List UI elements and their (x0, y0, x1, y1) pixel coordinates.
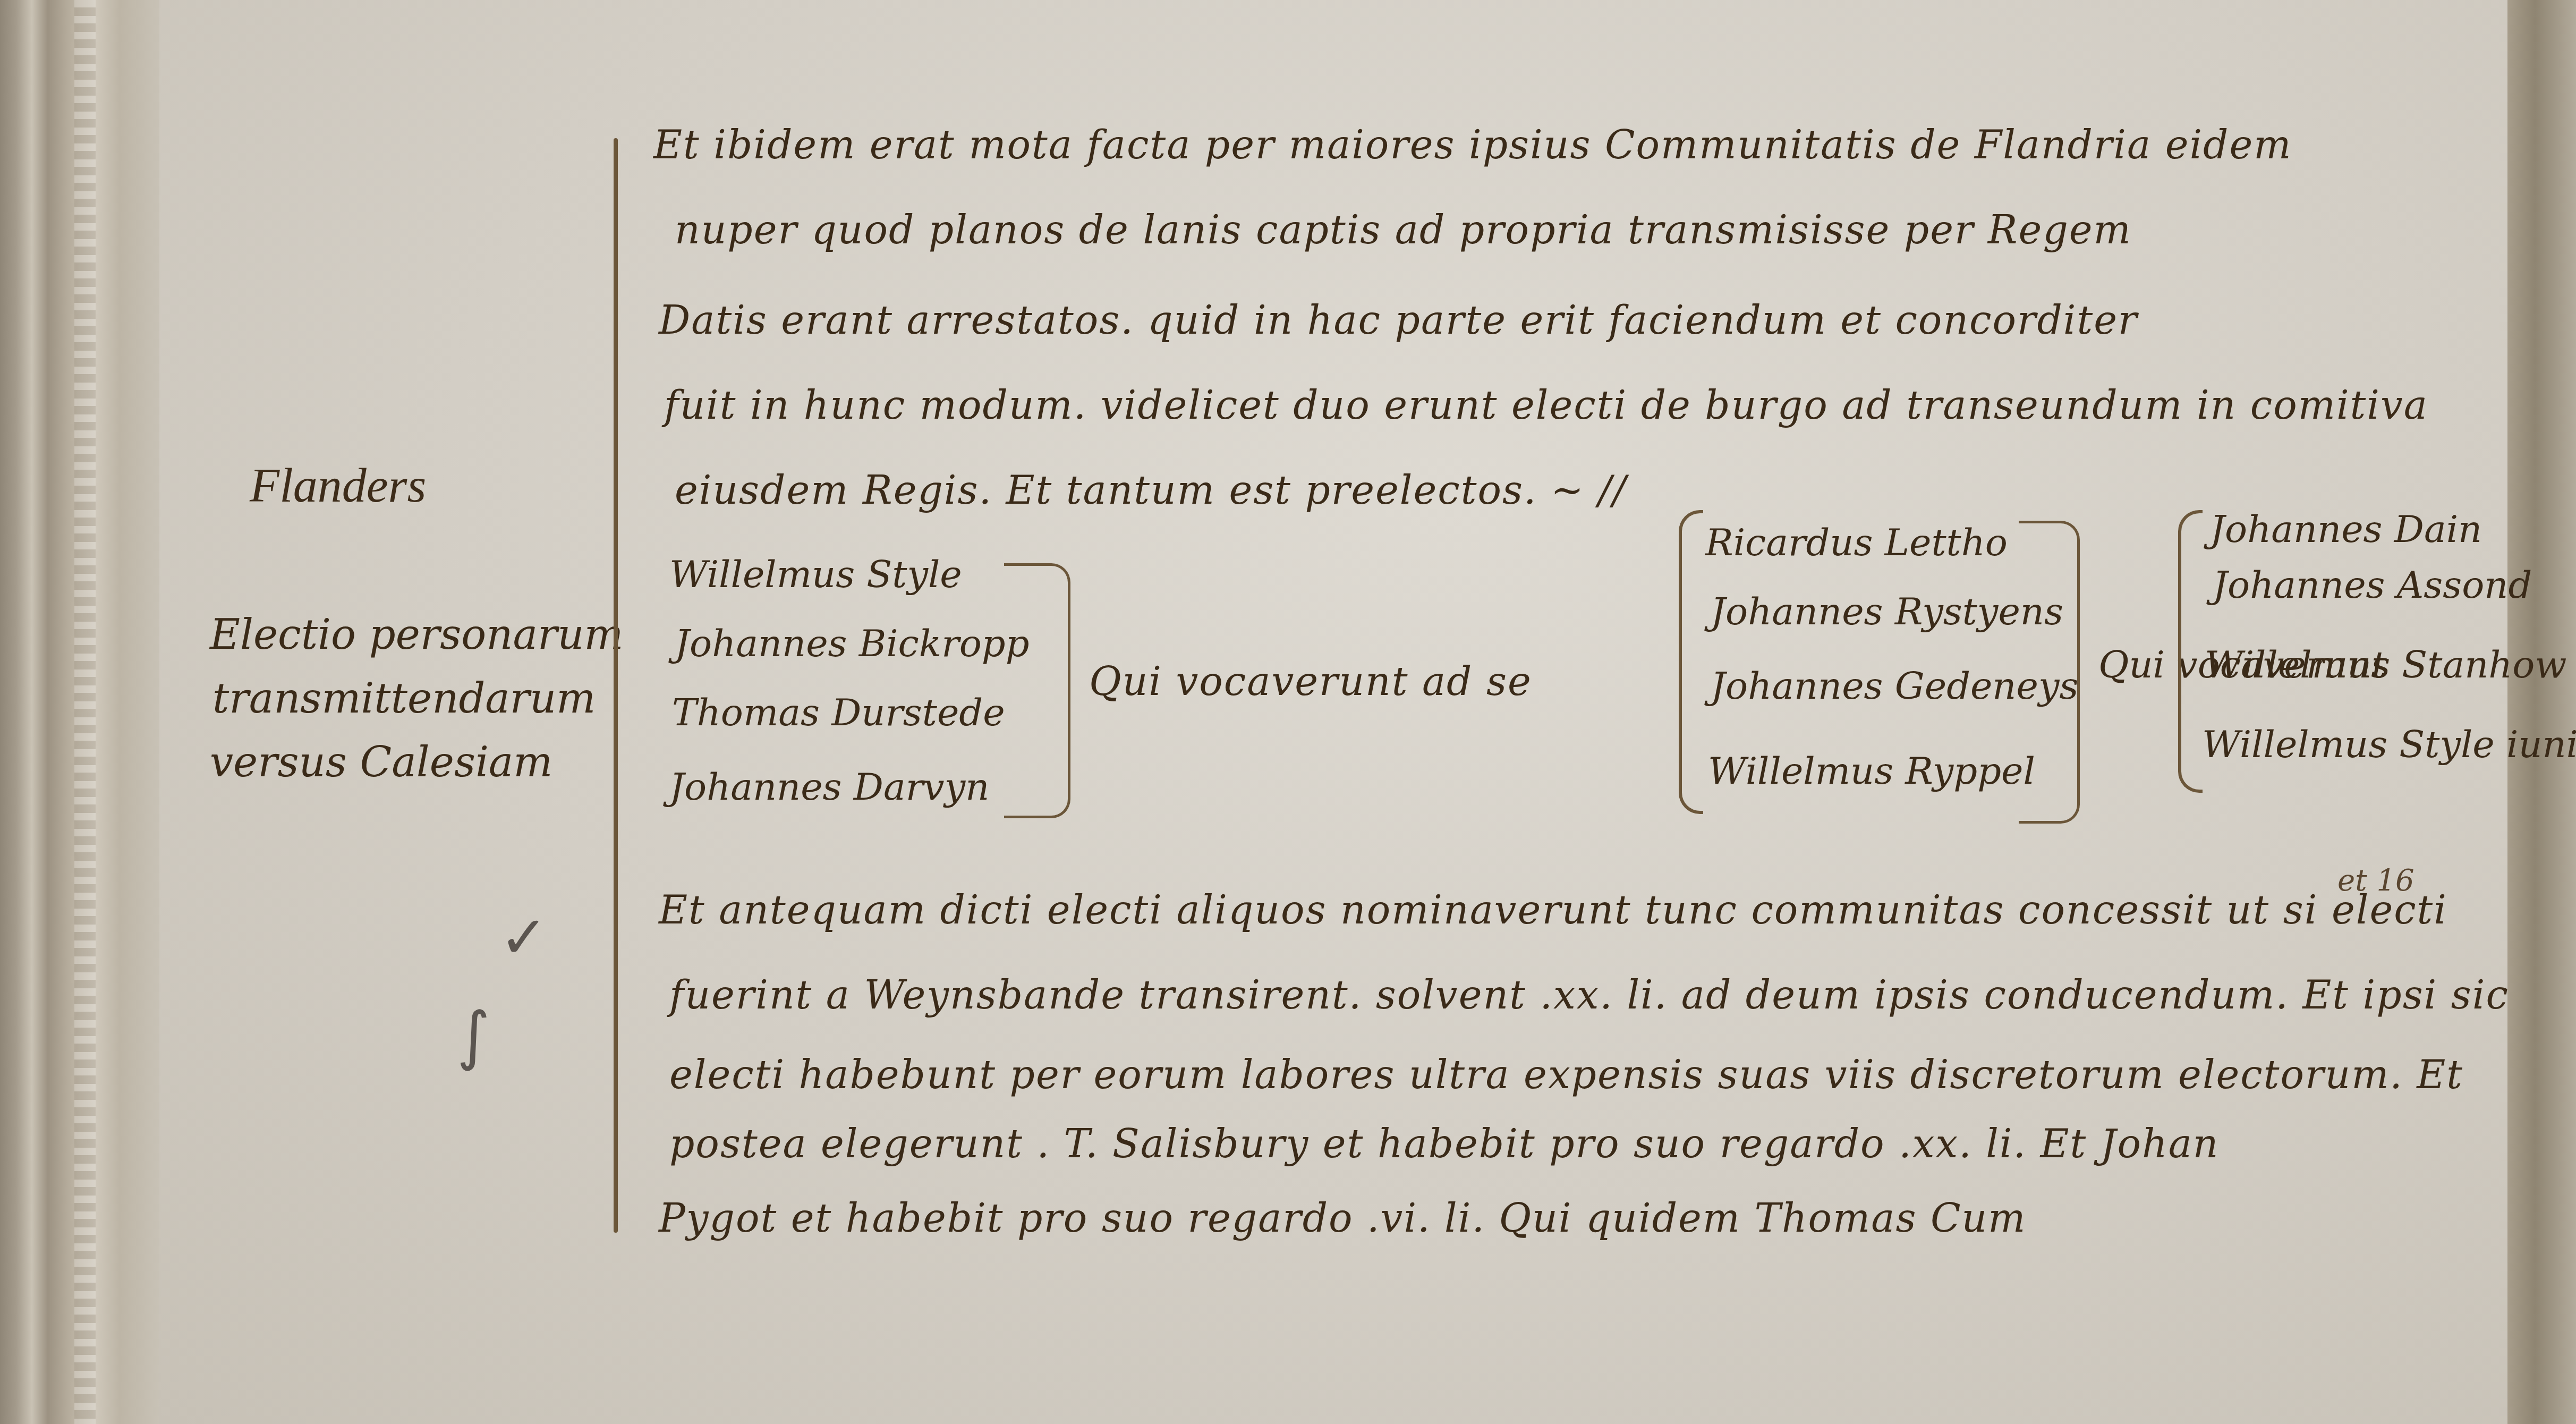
group-1-connector: Qui vocaverunt ad se (1089, 659, 1532, 705)
group-2-left-brace (1679, 510, 1703, 814)
squiggle-mark-icon: ∫ (457, 999, 490, 1073)
facing-page-edge (2507, 0, 2576, 1424)
elector-name: Willelmus Style iunior (2202, 723, 2576, 766)
superscript-note: et 16 (2337, 863, 2415, 898)
margin-heading: Flanders (250, 457, 426, 513)
elector-name: Johannes Bickropp (675, 622, 1029, 665)
book-binding-gutter (0, 0, 159, 1424)
elector-name: Johannes Assond (2213, 563, 2532, 607)
paragraph-1-line-3: Datis erant arrestatos. quid in hac part… (659, 298, 2138, 343)
paragraph-1-line-2: nuper quod planos de lanis captis ad pro… (675, 207, 2132, 253)
elector-name: Ricardus Lettho (1705, 521, 2008, 564)
margin-note-line-3: versus Calesiam (210, 739, 552, 786)
group-3-left-brace (2178, 510, 2203, 793)
paragraph-1-line-5: eiusdem Regis. Et tantum est preelectos.… (675, 468, 1627, 513)
page-stack-edges (74, 0, 96, 1424)
elector-name: Willelmus Stanhow (2205, 643, 2566, 686)
group-2-right-brace (2019, 521, 2080, 824)
paragraph-1-line-1: Et ibidem erat mota facta per maiores ip… (653, 122, 2292, 168)
check-mark-icon: ✓ (499, 903, 548, 971)
paragraph-1-line-4: fuit in hunc modum. videlicet duo erunt … (664, 383, 2428, 428)
margin-note-line-1: Electio personarum (210, 611, 623, 659)
paragraph-2-line-5: Pygot et habebit pro suo regardo .vi. li… (659, 1196, 2026, 1241)
elector-name: Johannes Dain (2210, 507, 2482, 551)
elector-name: Thomas Durstede (672, 691, 1005, 734)
group-1-brace (1004, 563, 1070, 818)
main-text-brace (614, 138, 618, 1233)
paragraph-2-line-2: fuerint a Weynsbande transirent. solvent… (669, 972, 2509, 1018)
elector-name: Johannes Rystyens (1711, 590, 2063, 633)
paragraph-2-line-3: electi habebunt per eorum labores ultra … (669, 1052, 2463, 1098)
paragraph-2-line-1: Et antequam dicti electi aliquos nominav… (659, 887, 2447, 933)
elector-name: Willelmus Ryppel (1708, 749, 2035, 793)
elector-name: Willelmus Style (669, 553, 962, 596)
elector-name: Johannes Darvyn (669, 765, 989, 809)
paragraph-2-line-4: postea elegerunt . T. Salisbury et habeb… (669, 1121, 2220, 1167)
margin-note-line-2: transmittendarum (212, 675, 596, 723)
